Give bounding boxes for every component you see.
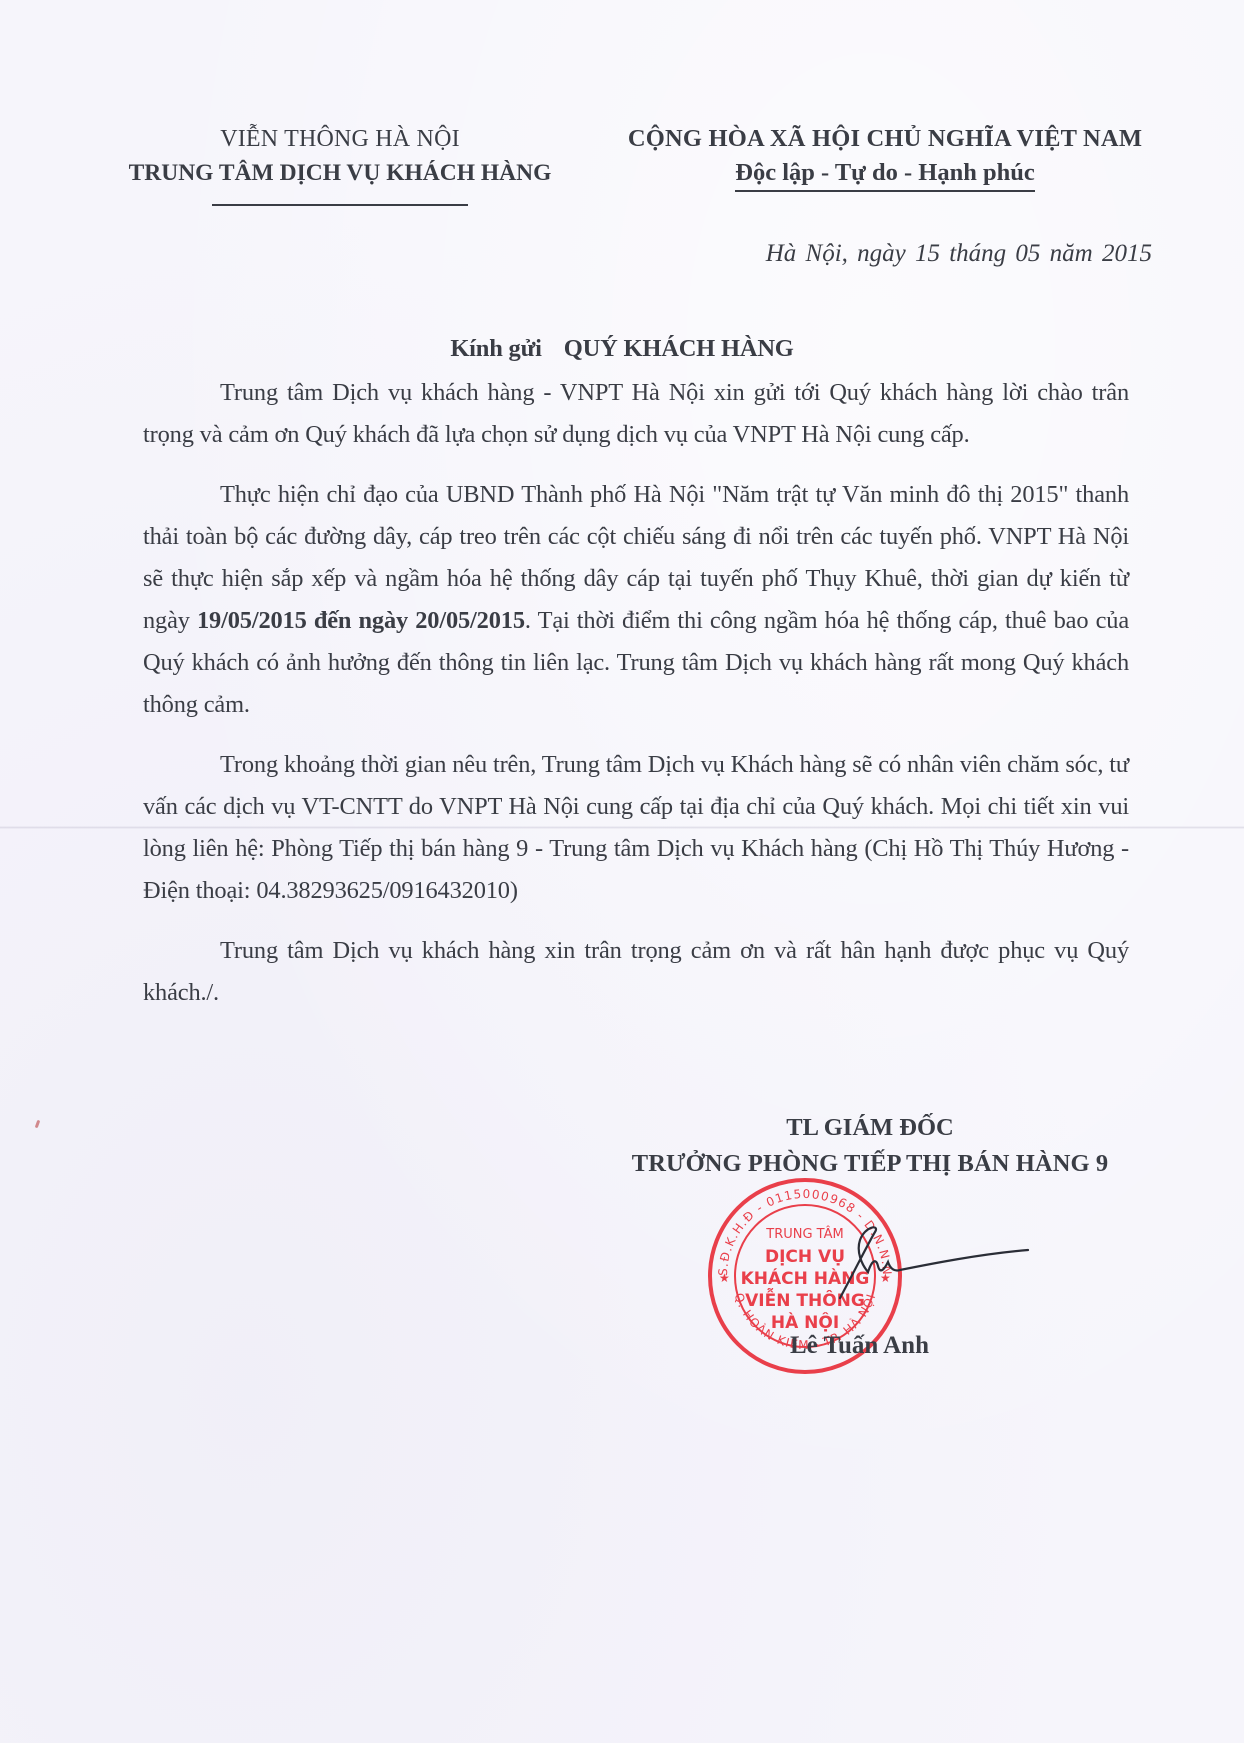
seal-line: HÀ NỘI xyxy=(771,1311,839,1333)
letter-body: Trung tâm Dịch vụ khách hàng - VNPT Hà N… xyxy=(143,372,1129,1032)
body-paragraph-4: Trung tâm Dịch vụ khách hàng xin trân tr… xyxy=(143,930,1129,1014)
signature-block: TL GIÁM ĐỐC TRƯỞNG PHÒNG TIẾP THỊ BÁN HÀ… xyxy=(600,1110,1140,1182)
body-paragraph-2: Thực hiện chỉ đạo của UBND Thành phố Hà … xyxy=(143,474,1129,726)
body-paragraph-1: Trung tâm Dịch vụ khách hàng - VNPT Hà N… xyxy=(143,372,1129,456)
svg-text:★: ★ xyxy=(719,1271,730,1285)
sign-on-behalf-label: TL GIÁM ĐỐC xyxy=(600,1110,1140,1146)
signer-name: Lê Tuấn Anh xyxy=(790,1332,929,1360)
body-paragraph-3: Trong khoảng thời gian nêu trên, Trung t… xyxy=(143,744,1129,912)
national-header: CỘNG HÒA XÃ HỘI CHỦ NGHĨA VIỆT NAM Độc l… xyxy=(600,122,1170,192)
salutation-recipient: QUÝ KHÁCH HÀNG xyxy=(564,335,794,362)
parent-organization: VIỄN THÔNG HÀ NỘI xyxy=(100,122,580,156)
place-and-date: Hà Nội, ngày 15 tháng 05 năm 2015 xyxy=(766,240,1152,268)
national-title: CỘNG HÒA XÃ HỘI CHỦ NGHĨA VIỆT NAM xyxy=(600,122,1170,156)
scan-speck xyxy=(35,1120,41,1129)
sender-header: VIỄN THÔNG HÀ NỘI TRUNG TÂM DỊCH VỤ KHÁC… xyxy=(100,122,580,206)
salutation-prefix: Kính gửi xyxy=(450,335,541,362)
organization-name: TRUNG TÂM DỊCH VỤ KHÁCH HÀNG xyxy=(100,156,580,190)
salutation: Kính gửiQUÝ KHÁCH HÀNG xyxy=(0,335,1244,363)
handwritten-signature xyxy=(820,1220,1030,1310)
header-divider xyxy=(212,204,468,206)
national-motto: Độc lập - Tự do - Hạnh phúc xyxy=(735,156,1034,192)
work-period-dates: 19/05/2015 đến ngày 20/05/2015 xyxy=(197,607,525,634)
